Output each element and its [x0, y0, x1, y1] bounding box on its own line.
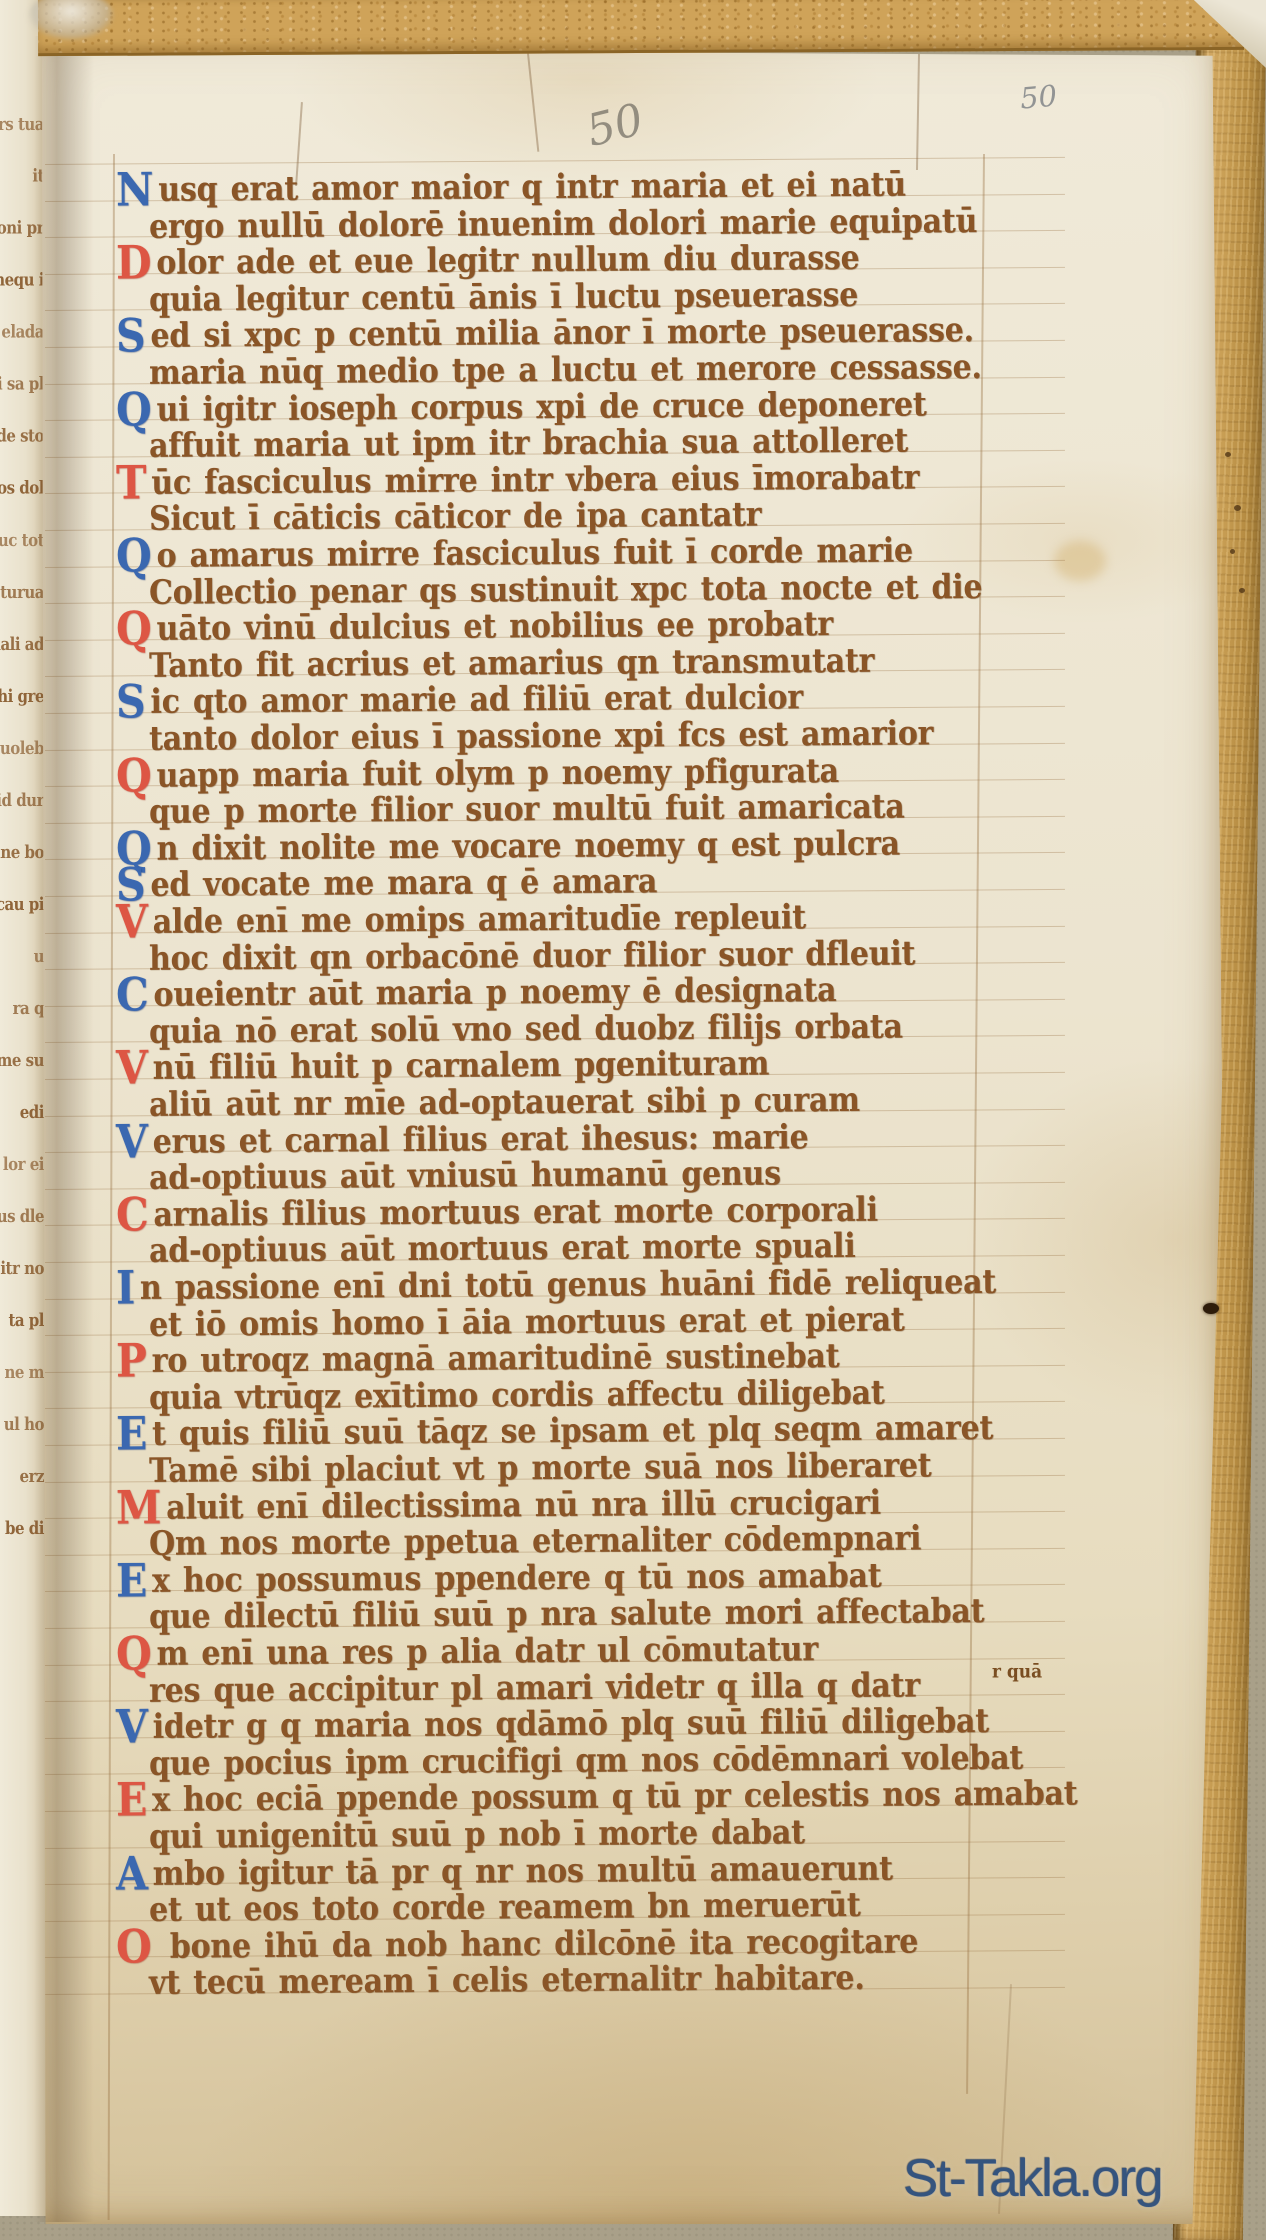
line-text: quia nō erat solū vno sed duobz filijs o… [149, 1007, 903, 1051]
blue-initial: Q [116, 539, 152, 573]
parchment-page: 50 50 Nusq erat amor maior q intr maria … [42, 36, 1222, 2224]
edge-speck [1234, 505, 1241, 511]
blue-initial: V [116, 1124, 148, 1158]
red-initial: V [116, 1051, 148, 1085]
blue-initial: E [116, 1417, 147, 1451]
line-text: ūc fasciculus mirre intr vbera eius īmor… [151, 458, 919, 503]
line-text: Collectio penar qs sustinuit xpc tota no… [149, 567, 983, 612]
line-text: que dilectū filiū suū p nra salute mori … [149, 1592, 985, 1637]
edge-speck [1225, 452, 1231, 457]
parchment-crease [527, 50, 539, 152]
red-initial: Q [116, 758, 152, 792]
red-initial: E [116, 1783, 147, 1817]
blue-initial: A [116, 1856, 148, 1890]
edge-speck [1239, 588, 1245, 593]
red-initial: Q [116, 1637, 152, 1671]
red-initial: D [116, 246, 152, 280]
parchment-stain [1054, 541, 1106, 581]
red-initial: P [116, 1344, 147, 1378]
blue-initial: S [116, 685, 146, 719]
red-initial: Q [116, 612, 152, 646]
red-initial: V [116, 905, 148, 939]
folio-number-pencil-center: 50 [582, 94, 649, 157]
blue-initial: C [116, 978, 149, 1012]
edge-speck [1230, 549, 1235, 554]
watermark: St-Takla.org [903, 2148, 1162, 2209]
red-initial: O [116, 1930, 152, 1964]
line-text: vt tecū meream ī celis eternalitr habita… [149, 1959, 865, 2003]
gutter-shadow [34, 36, 94, 2222]
parchment-crease [916, 54, 920, 170]
wormhole-spot [1203, 1303, 1219, 1314]
left-margin-rule [108, 154, 115, 2220]
blue-initial: E [116, 1564, 147, 1598]
red-initial: C [116, 1198, 149, 1232]
blue-initial: S [116, 319, 146, 353]
ruled-line [45, 157, 1065, 165]
line-text: x hoc eciā ppende possum q tū pr celesti… [152, 1775, 1078, 1821]
manuscript-line: que dilectū filiū suū p nra salute mori … [116, 1593, 985, 1637]
blue-initial: I [116, 1271, 135, 1305]
book-top-edge [38, 0, 1244, 56]
blue-initial: Q [116, 392, 152, 426]
blue-initial: V [116, 1710, 148, 1744]
red-initial: M [116, 1490, 161, 1524]
red-initial: T [116, 466, 147, 500]
manuscript-photo: rs tuaitaoni prnequ ieladai sa plede sto… [0, 0, 1266, 2240]
folio-number-pencil-corner: 50 [1019, 78, 1059, 115]
margin-note: r quā [992, 1661, 1042, 1683]
blue-initial: N [116, 173, 154, 207]
manuscript-line: vt tecū meream ī celis eternalitr habita… [116, 1960, 865, 2003]
line-text: n dixit nolite me vocare noemy q est pul… [156, 824, 900, 868]
